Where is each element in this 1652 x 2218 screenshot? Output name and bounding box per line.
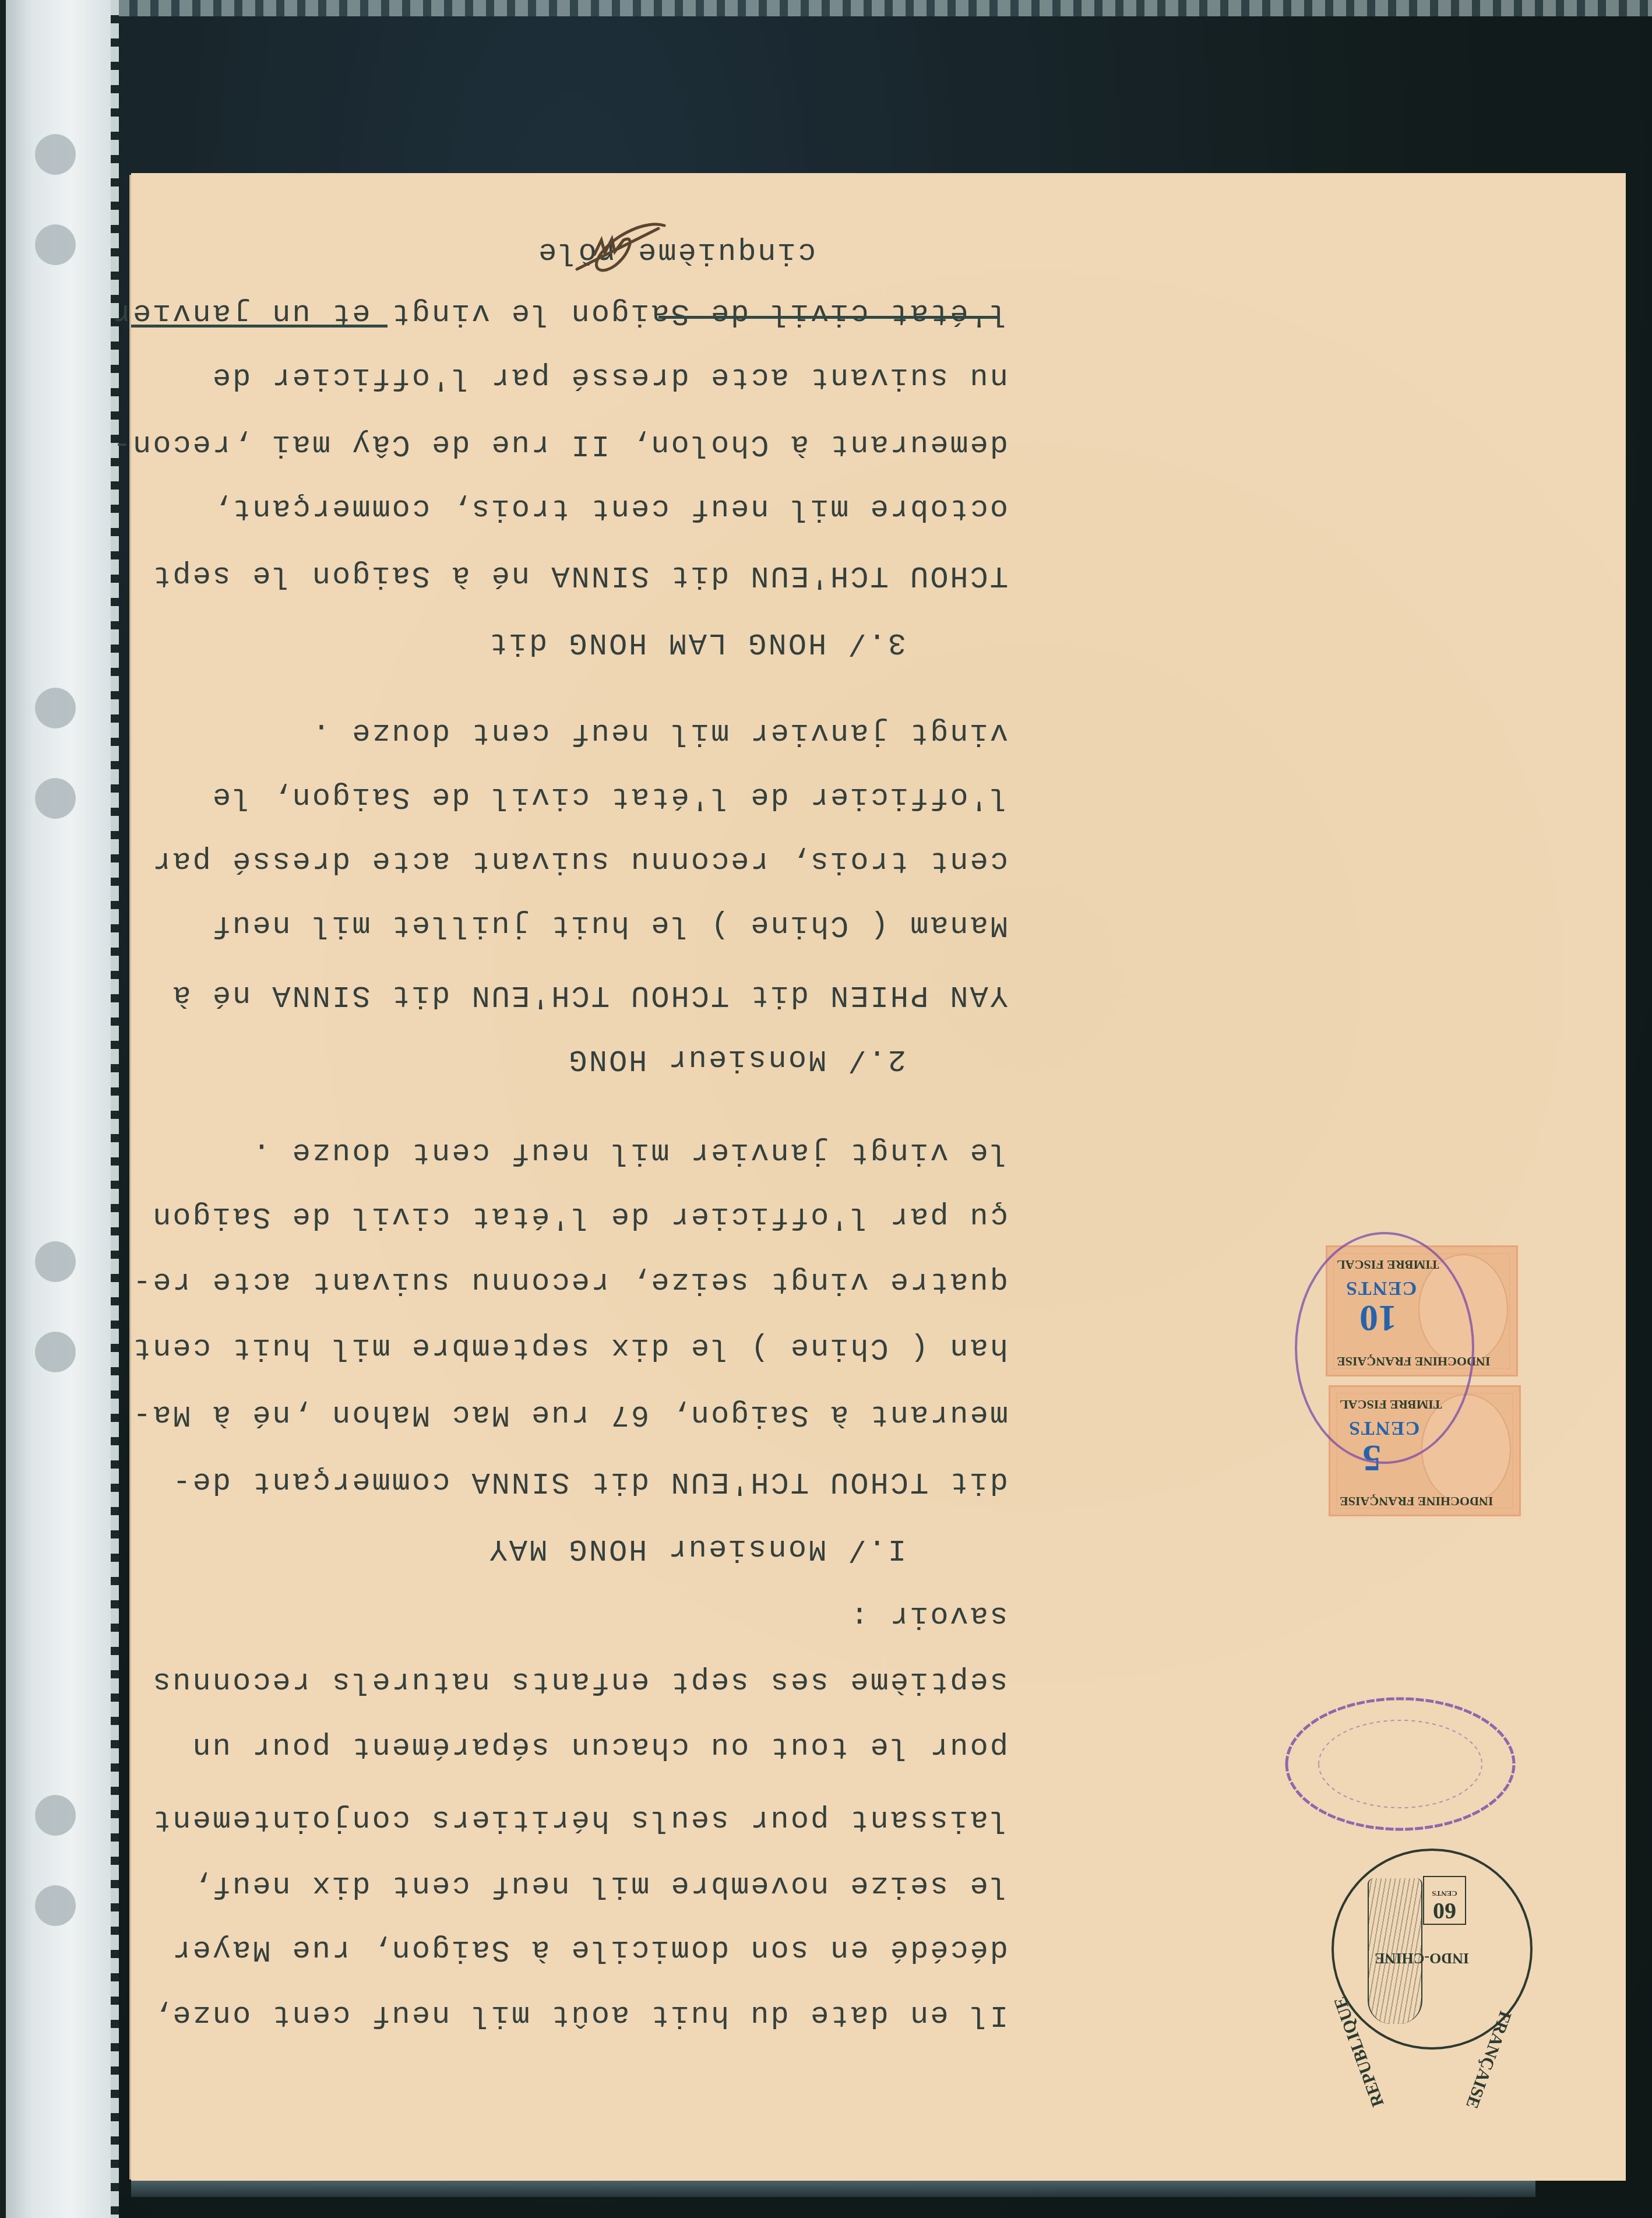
typed-line: demeurant à Cholon, II rue de Cây mai ,r…: [111, 427, 1008, 462]
typed-line: vingt janvier mil neuf cent douze .: [311, 715, 1008, 750]
typed-line: 2./ Monsieur HONG: [568, 1041, 907, 1076]
notary-oval-stamp: [1282, 1694, 1518, 1834]
typed-line: septième ses sept enfants naturels recon…: [151, 1664, 1008, 1699]
punch-hole: [35, 1332, 76, 1372]
signature-rule-right: [131, 325, 388, 328]
punch-hole: [35, 1885, 76, 1926]
typed-line: dit TCHOU TCH'EUN dit SINNA commerçant d…: [171, 1464, 1008, 1499]
sleeve-perforated-edge: [111, 0, 119, 2218]
typed-line: laissant pour seuls héritiers conjointem…: [151, 1802, 1008, 1837]
punch-hole: [35, 134, 76, 175]
typed-line: le seize novembre mil neuf cent dix neuf…: [191, 1868, 1008, 1903]
binder-sleeve-strip: [6, 0, 114, 2218]
punch-hole: [35, 778, 76, 819]
typed-line: 3./ HONG LAM HONG dit: [488, 625, 906, 660]
stamp-cancellation-oval: [1295, 1232, 1474, 1464]
typed-line: cent trois, reconnu suivant acte dressé …: [151, 843, 1008, 878]
typed-line: le vingt janvier mil neuf cent douze .: [251, 1135, 1008, 1170]
typed-line: Il en date du huit août mil neuf cent on…: [151, 1997, 1008, 2032]
typed-line: octobre mil neuf cent trois, commerçant,: [211, 491, 1008, 526]
typed-line: han ( Chine ) le dix septembre mil huit …: [131, 1330, 1008, 1365]
typed-line: meurant à Saigon, 67 rue Mac Mahon ,né à…: [131, 1397, 1008, 1432]
signature-rule-left: [658, 316, 999, 319]
typed-line: décédé en son domicile à Saigon, rue May…: [171, 1932, 1008, 1967]
typed-line: YAN PHIEN dit TCHOU TCH'EUN dit SINNA né…: [171, 977, 1008, 1012]
stamp-country: INDOCHINE FRANÇAISE: [1340, 1494, 1493, 1509]
republique-francaise-seal: FRANÇAISE REPUBLIQUE INDO-CHINE 60 CENTS: [1332, 1849, 1533, 2050]
punch-hole: [35, 688, 76, 728]
typed-line: Manam ( Chine ) le huit juillet mil neuf: [211, 907, 1008, 942]
seal-value-box: 60 CENTS: [1423, 1876, 1466, 1925]
typed-line: savoir :: [848, 1598, 1008, 1633]
sleeve-top-perforation: [117, 0, 1652, 16]
typed-line: TCHOU TCH'EUN dit SINNA né à Saigon le s…: [151, 558, 1008, 593]
punch-hole: [35, 1241, 76, 1282]
seal-ring-text: FRANÇAISE: [1461, 2008, 1515, 2111]
seal-center-text: INDO-CHINE: [1375, 1951, 1469, 1966]
typed-line: I./ Monsieur HONG MAY: [488, 1531, 906, 1566]
punch-hole: [35, 1795, 76, 1836]
typed-line: pour le tout ou chacun séparément pour u…: [191, 1729, 1008, 1764]
typed-line: çu par l'officier de l'état civil de Sai…: [151, 1199, 1008, 1234]
punch-hole: [35, 224, 76, 265]
typed-line: l'officier de l'état civil de Saigon, le: [211, 779, 1008, 814]
typed-line: nu suivant acte dressé par l'officier de: [211, 360, 1008, 395]
document-page: Il en date du huit août mil neuf cent on…: [131, 173, 1626, 2181]
signature-paraphe: [571, 217, 670, 275]
typed-line: quatre vingt seize, reconnu suivant acte…: [131, 1264, 1008, 1299]
